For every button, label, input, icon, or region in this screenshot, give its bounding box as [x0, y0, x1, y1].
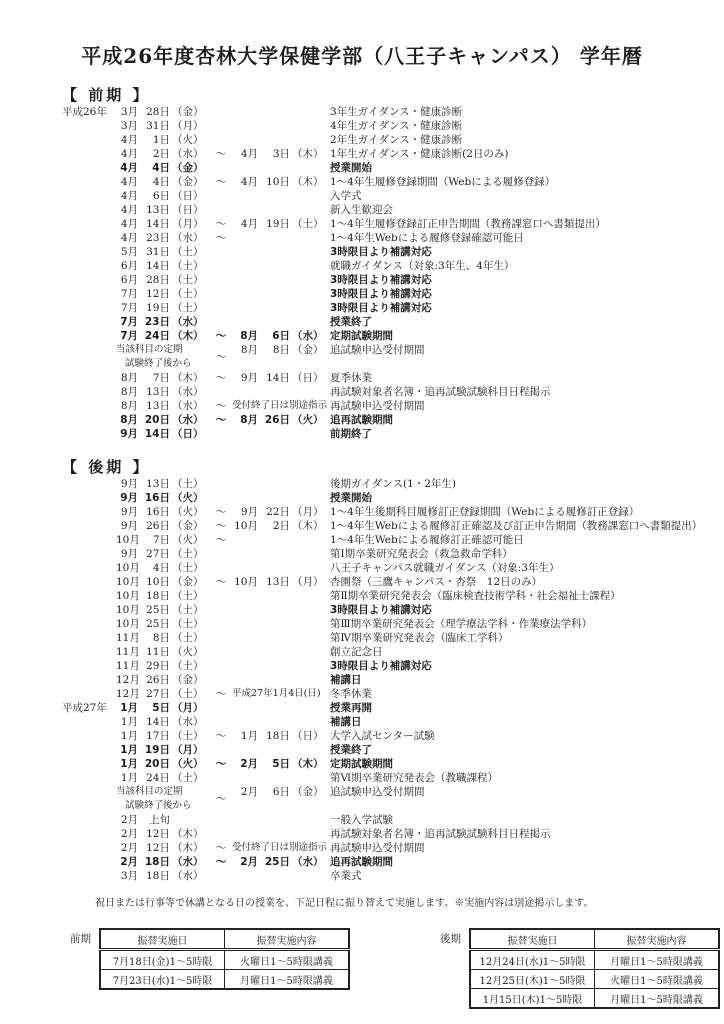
start-weekday: （水）: [170, 715, 210, 729]
end-weekday: （月）: [290, 575, 330, 589]
event-label: 1～4年生後期科目履修訂正登録期間（Webによる履修訂正登録）: [330, 505, 724, 519]
tilde-separator: ～: [210, 785, 232, 813]
end-date: [232, 869, 330, 883]
event-label: 創立記念日: [330, 645, 724, 659]
year-label: [62, 589, 116, 603]
calendar-row: 4月4日（金）授業開始: [62, 161, 724, 175]
calendar-row: 10月25日（土）3時限目より補講対応: [62, 603, 724, 617]
end-weekday: [290, 701, 330, 715]
start-weekday: （月）: [170, 701, 210, 715]
start-day: 14日: [138, 217, 170, 231]
year-label: [62, 617, 116, 631]
event-label: 第Ⅵ期卒業研究発表会（教職課程）: [330, 771, 724, 785]
end-weekday: （木）: [290, 757, 330, 771]
end-weekday: [290, 287, 330, 301]
table-cell: 火曜日1～5時限講義: [595, 970, 720, 989]
tilde-separator: [210, 743, 232, 757]
start-weekday: （金）: [170, 673, 210, 687]
end-day: [258, 203, 290, 217]
event-label: 就職ガイダンス（対象:3年生、4年生）: [330, 259, 724, 273]
start-date: 4月13日（日）: [116, 203, 210, 217]
end-month: [232, 659, 258, 673]
end-day: 25日: [258, 855, 290, 869]
start-month: 3月: [116, 119, 138, 133]
calendar-row: 1月20日（火）～2月5日（木）定期試験期間: [62, 757, 724, 771]
start-day: 31日: [138, 119, 170, 133]
column-header: 振替実施内容: [225, 929, 350, 950]
start-month: 1月: [116, 771, 138, 785]
end-weekday: （木）: [290, 519, 330, 533]
end-weekday: [290, 477, 330, 491]
end-month: [232, 701, 258, 715]
calendar-row: 7月24日（木）～8月6日（水）定期試験期間: [62, 329, 724, 343]
start-day: 4日: [138, 561, 170, 575]
event-label: 卒業式: [330, 869, 724, 883]
end-month: [232, 715, 258, 729]
end-day: [258, 259, 290, 273]
end-month: [232, 427, 258, 441]
end-day: [258, 673, 290, 687]
year-label: [62, 245, 116, 259]
end-month: [232, 273, 258, 287]
tilde-separator: [210, 161, 232, 175]
end-day: [258, 659, 290, 673]
end-weekday: [290, 743, 330, 757]
event-label: 授業開始: [330, 161, 724, 175]
end-day: 10日: [258, 175, 290, 189]
year-label: [62, 757, 116, 771]
table-period-label: 後期: [440, 928, 461, 946]
end-month: [232, 547, 258, 561]
calendar-row: 9月13日（土）後期ガイダンス(1・2年生): [62, 477, 724, 491]
start-day: 13日: [138, 385, 170, 399]
start-date: 2月12日（木）: [116, 827, 210, 841]
calendar-row: 4月1日（火）2年生ガイダンス・健康診断: [62, 133, 724, 147]
start-month: 6月: [116, 259, 138, 273]
year-label: [62, 533, 116, 547]
calendar-row: 平成26年3月28日（金）3年生ガイダンス・健康診断: [62, 105, 724, 119]
start-date: 8月7日（木）: [116, 371, 210, 385]
start-weekday: （土）: [170, 477, 210, 491]
section-header: 【 後期 】: [62, 457, 724, 477]
tilde-separator: [210, 385, 232, 399]
end-date: [232, 701, 330, 715]
event-label: 補講日: [330, 715, 724, 729]
end-month: [232, 673, 258, 687]
tilde-separator: ～: [210, 519, 232, 533]
start-month: 8月: [116, 385, 138, 399]
start-date: 9月16日（火）: [116, 491, 210, 505]
start-weekday: （土）: [170, 301, 210, 315]
end-date-note: 受付終了日は別途指示: [232, 399, 330, 413]
end-month: [232, 287, 258, 301]
calendar-row: 12月26日（金）補講日: [62, 673, 724, 687]
end-month: [232, 245, 258, 259]
end-day: 19日: [258, 217, 290, 231]
start-day: 11日: [138, 645, 170, 659]
table-cell: 月曜日1～5時限講義: [595, 989, 720, 1009]
end-day: [258, 533, 290, 547]
end-month: [232, 491, 258, 505]
event-label: 授業再開: [330, 701, 724, 715]
table-row: 1月15日(木)1～5時限月曜日1～5時限講義: [470, 989, 719, 1009]
start-weekday: （水）: [170, 231, 210, 245]
start-day: 17日: [138, 729, 170, 743]
tilde-separator: [210, 673, 232, 687]
tilde-separator: [210, 659, 232, 673]
year-label: [62, 399, 116, 413]
tilde-separator: ～: [210, 575, 232, 589]
event-label: 3時限目より補講対応: [330, 245, 724, 259]
end-weekday: [290, 771, 330, 785]
start-date: 4月2日（水）: [116, 147, 210, 161]
calendar-row: 6月28日（土）3時限目より補講対応: [62, 273, 724, 287]
calendar-row: 8月7日（木）～9月14日（日）夏季休業: [62, 371, 724, 385]
end-date: 4月10日（木）: [232, 175, 330, 189]
event-label: 追試験申込受付期間: [330, 343, 724, 371]
start-weekday: （水）: [170, 315, 210, 329]
start-month: 3月: [116, 105, 138, 119]
end-weekday: [290, 645, 330, 659]
end-month: [232, 301, 258, 315]
year-label: [62, 413, 116, 427]
tilde-separator: ～: [210, 533, 232, 547]
end-day: [258, 715, 290, 729]
end-date: 1月18日（日）: [232, 729, 330, 743]
start-weekday: （木）: [170, 841, 210, 855]
end-weekday: [290, 589, 330, 603]
start-date: 3月28日（金）: [116, 105, 210, 119]
makeup-table: 振替実施日振替実施内容12月24日(水)1～5時限月曜日1～5時限講義12月25…: [469, 928, 720, 1009]
year-label: [62, 575, 116, 589]
start-weekday: （水）: [170, 385, 210, 399]
column-header: 振替実施内容: [595, 929, 720, 950]
start-weekday: （土）: [170, 259, 210, 273]
start-weekday: （土）: [170, 687, 210, 701]
start-month: 12月: [116, 673, 138, 687]
tilde-separator: [210, 813, 232, 827]
end-day: [258, 133, 290, 147]
start-weekday: （火）: [170, 645, 210, 659]
end-date: 4月19日（土）: [232, 217, 330, 231]
event-label: 3時限目より補講対応: [330, 301, 724, 315]
start-day: 1日: [138, 133, 170, 147]
start-day: 27日: [138, 687, 170, 701]
end-date: [232, 133, 330, 147]
calendar-row: 10月10日（金）～10月13日（月）杏園祭（三鷹キャンパス・杏祭 12日のみ）: [62, 575, 724, 589]
end-month: 2月: [232, 757, 258, 771]
column-header: 振替実施日: [100, 929, 225, 950]
event-label: 杏園祭（三鷹キャンパス・杏祭 12日のみ）: [330, 575, 724, 589]
start-day: 上旬: [138, 813, 170, 827]
end-date: [232, 715, 330, 729]
start-day: 25日: [138, 617, 170, 631]
calendar-row: 1月24日（土）第Ⅵ期卒業研究発表会（教職課程）: [62, 771, 724, 785]
end-date: [232, 659, 330, 673]
start-weekday: （日）: [170, 427, 210, 441]
end-day: [258, 701, 290, 715]
end-month: 9月: [232, 371, 258, 385]
tilde-separator: ～: [210, 687, 232, 701]
start-month: 2月: [116, 841, 138, 855]
end-month: [232, 561, 258, 575]
end-date: [232, 385, 330, 399]
end-day: [258, 645, 290, 659]
end-month: [232, 315, 258, 329]
tilde-separator: [210, 477, 232, 491]
start-day: 29日: [138, 659, 170, 673]
end-day: [258, 119, 290, 133]
event-label: 追再試験期間: [330, 413, 724, 427]
start-weekday: （火）: [170, 505, 210, 519]
end-weekday: [290, 715, 330, 729]
start-day: 14日: [138, 715, 170, 729]
year-label: [62, 869, 116, 883]
makeup-table-body: 12月24日(水)1～5時限月曜日1～5時限講義12月25日(木)1～5時限火曜…: [470, 950, 719, 1009]
tilde-separator: ～: [210, 175, 232, 189]
tilde-separator: ～: [210, 329, 232, 343]
table-row: 7月18日(金)1～5時限火曜日1～5時限講義: [100, 950, 349, 970]
year-label: [62, 729, 116, 743]
end-day: 26日: [258, 413, 290, 427]
start-weekday: （水）: [170, 869, 210, 883]
academic-calendar-page: 平成26年度杏林大学保健学部（八王子キャンパス） 学年暦 【 前期 】平成26年…: [0, 0, 724, 1024]
start-month: 11月: [116, 631, 138, 645]
end-date-note: 受付終了日は別途指示: [232, 841, 330, 855]
start-weekday: （金）: [170, 175, 210, 189]
start-date: 9月16日（火）: [116, 505, 210, 519]
event-label: 第Ⅱ期卒業研究発表会（臨床検査技術学科・社会福祉士課程）: [330, 589, 724, 603]
end-date: 10月2日（木）: [232, 519, 330, 533]
start-month: 10月: [116, 561, 138, 575]
end-month: 4月: [232, 175, 258, 189]
calendar-row: 9月16日（火）授業開始: [62, 491, 724, 505]
calendar-sections: 【 前期 】平成26年3月28日（金）3年生ガイダンス・健康診断3月31日（月）…: [0, 85, 724, 883]
tilde-separator: [210, 491, 232, 505]
start-date: 3月31日（月）: [116, 119, 210, 133]
start-date: 11月11日（火）: [116, 645, 210, 659]
start-month: 7月: [116, 287, 138, 301]
end-weekday: [290, 427, 330, 441]
calendar-row: 2月上旬一般入学試験: [62, 813, 724, 827]
end-date: [232, 673, 330, 687]
calendar-row: 10月18日（土）第Ⅱ期卒業研究発表会（臨床検査技術学科・社会福祉士課程）: [62, 589, 724, 603]
tilde-separator: [210, 561, 232, 575]
end-month: 2月: [232, 785, 258, 813]
event-label: 補講日: [330, 673, 724, 687]
end-date: [232, 315, 330, 329]
start-day: 7日: [138, 533, 170, 547]
start-day: 12日: [138, 841, 170, 855]
year-label: [62, 561, 116, 575]
end-date: [232, 743, 330, 757]
year-label: [62, 189, 116, 203]
year-label: [62, 315, 116, 329]
year-label: [62, 603, 116, 617]
start-month: 4月: [116, 231, 138, 245]
start-month: 10月: [116, 617, 138, 631]
table-cell: 月曜日1～5時限講義: [595, 950, 720, 970]
start-month: 4月: [116, 217, 138, 231]
start-month: 9月: [116, 505, 138, 519]
end-date: 8月6日（水）: [232, 329, 330, 343]
end-month: [232, 133, 258, 147]
page-title: 平成26年度杏林大学保健学部（八王子キャンパス） 学年暦: [0, 0, 724, 69]
start-day: 24日: [138, 329, 170, 343]
start-date: 1月5日（月）: [116, 701, 210, 715]
year-label: [62, 161, 116, 175]
start-weekday: （月）: [170, 743, 210, 757]
end-day: 6日: [258, 329, 290, 343]
start-day: 13日: [138, 477, 170, 491]
tilde-separator: [210, 105, 232, 119]
calendar-row: 10月25日（土）第Ⅲ期卒業研究発表会（理学療法学科・作業療法学科）: [62, 617, 724, 631]
end-date: 8月8日（金）: [232, 343, 330, 371]
start-day: 16日: [138, 491, 170, 505]
year-label: [62, 841, 116, 855]
calendar-row: 7月23日（水）授業終了: [62, 315, 724, 329]
event-label: 大学入試センター試験: [330, 729, 724, 743]
end-weekday: （水）: [290, 329, 330, 343]
start-weekday: （日）: [170, 189, 210, 203]
end-weekday: [290, 561, 330, 575]
calendar-row: 9月26日（金）～10月2日（木）1～4年生Webによる履修訂正確認及び訂正申告…: [62, 519, 724, 533]
tilde-separator: [210, 119, 232, 133]
start-date: 7月19日（土）: [116, 301, 210, 315]
start-date: 5月31日（土）: [116, 245, 210, 259]
year-label: [62, 743, 116, 757]
start-date: 1月17日（土）: [116, 729, 210, 743]
start-weekday: （木）: [170, 371, 210, 385]
end-month: 10月: [232, 519, 258, 533]
year-label: [62, 259, 116, 273]
year-label: [62, 785, 116, 813]
event-label: 第Ⅲ期卒業研究発表会（理学療法学科・作業療法学科）: [330, 617, 724, 631]
end-month: [232, 589, 258, 603]
end-weekday: [290, 315, 330, 329]
start-day: 4日: [138, 175, 170, 189]
end-day: 22日: [258, 505, 290, 519]
start-day: 7日: [138, 371, 170, 385]
tilde-separator: ～: [210, 841, 232, 855]
calendar-row: 5月31日（土）3時限目より補講対応: [62, 245, 724, 259]
end-month: 2月: [232, 855, 258, 869]
end-day: [258, 813, 290, 827]
calendar-row: 7月12日（土）3時限目より補講対応: [62, 287, 724, 301]
event-label: 入学式: [330, 189, 724, 203]
end-month: [232, 477, 258, 491]
year-label: [62, 217, 116, 231]
column-header: 振替実施日: [470, 929, 595, 950]
end-month: 8月: [232, 343, 258, 371]
start-date: 9月27日（土）: [116, 547, 210, 561]
event-label: 第Ⅰ期卒業研究発表会（救急救命学科）: [330, 547, 724, 561]
end-date: [232, 645, 330, 659]
end-month: [232, 645, 258, 659]
end-weekday: [290, 189, 330, 203]
tilde-separator: [210, 203, 232, 217]
year-label: [62, 427, 116, 441]
start-day: 19日: [138, 301, 170, 315]
start-weekday: （土）: [170, 273, 210, 287]
start-day: 20日: [138, 413, 170, 427]
end-date: [232, 589, 330, 603]
end-date-note: 平成27年1月4日(日): [232, 687, 330, 701]
start-month: 8月: [116, 399, 138, 413]
start-date: 1月20日（火）: [116, 757, 210, 771]
end-weekday: [290, 659, 330, 673]
start-day: 16日: [138, 505, 170, 519]
year-label: [62, 477, 116, 491]
start-date: 9月26日（金）: [116, 519, 210, 533]
year-label: [62, 175, 116, 189]
calendar-row: 8月20日（水）～8月26日（火）追再試験期間: [62, 413, 724, 427]
calendar-row: 8月13日（水）～受付終了日は別途指示再試験申込受付期間: [62, 399, 724, 413]
end-date: [232, 301, 330, 315]
end-day: [258, 273, 290, 287]
tilde-separator: [210, 245, 232, 259]
start-day: 24日: [138, 771, 170, 785]
start-date: 10月18日（土）: [116, 589, 210, 603]
end-month: [232, 603, 258, 617]
start-weekday: （土）: [170, 547, 210, 561]
end-weekday: [290, 491, 330, 505]
start-date: 2月上旬: [116, 813, 210, 827]
calendar-row: 2月18日（水）～2月25日（水）追再試験期間: [62, 855, 724, 869]
year-label: [62, 813, 116, 827]
calendar-row: 6月14日（土）就職ガイダンス（対象:3年生、4年生）: [62, 259, 724, 273]
start-month: 9月: [116, 427, 138, 441]
start-weekday: （水）: [170, 147, 210, 161]
tilde-separator: [210, 315, 232, 329]
end-date: [232, 259, 330, 273]
end-weekday: （日）: [290, 371, 330, 385]
end-date: [232, 105, 330, 119]
end-day: [258, 491, 290, 505]
end-month: [232, 119, 258, 133]
end-weekday: [290, 231, 330, 245]
start-date: 6月14日（土）: [116, 259, 210, 273]
tilde-separator: [210, 273, 232, 287]
table-cell: 1月15日(木)1～5時限: [470, 989, 595, 1009]
start-day: 10日: [138, 575, 170, 589]
start-month: 1月: [116, 715, 138, 729]
start-month: 1月: [116, 701, 138, 715]
start-day: 27日: [138, 547, 170, 561]
year-label: [62, 385, 116, 399]
calendar-row: 10月7日（火）～1～4年生Webによる履修訂正確認可能日: [62, 533, 724, 547]
tilde-separator: [210, 603, 232, 617]
start-date: 4月1日（火）: [116, 133, 210, 147]
makeup-table: 振替実施日振替実施内容7月18日(金)1～5時限火曜日1～5時限講義7月23日(…: [99, 928, 350, 990]
start-date: 8月13日（水）: [116, 385, 210, 399]
calendar-row: 8月13日（水）再試験対象者名簿・追再試験試験科目日程掲示: [62, 385, 724, 399]
year-label: [62, 287, 116, 301]
end-date: [232, 287, 330, 301]
start-month: 9月: [116, 477, 138, 491]
end-month: 10月: [232, 575, 258, 589]
start-month: 4月: [116, 147, 138, 161]
start-date-text-line2: 試験終了後から: [116, 357, 210, 371]
end-day: [258, 427, 290, 441]
end-day: 13日: [258, 575, 290, 589]
calendar-row: 平成27年1月5日（月）授業再開: [62, 701, 724, 715]
start-day: 19日: [138, 743, 170, 757]
year-label: [62, 147, 116, 161]
start-date: 2月18日（水）: [116, 855, 210, 869]
end-date: [232, 771, 330, 785]
event-label: 後期ガイダンス(1・2年生): [330, 477, 724, 491]
